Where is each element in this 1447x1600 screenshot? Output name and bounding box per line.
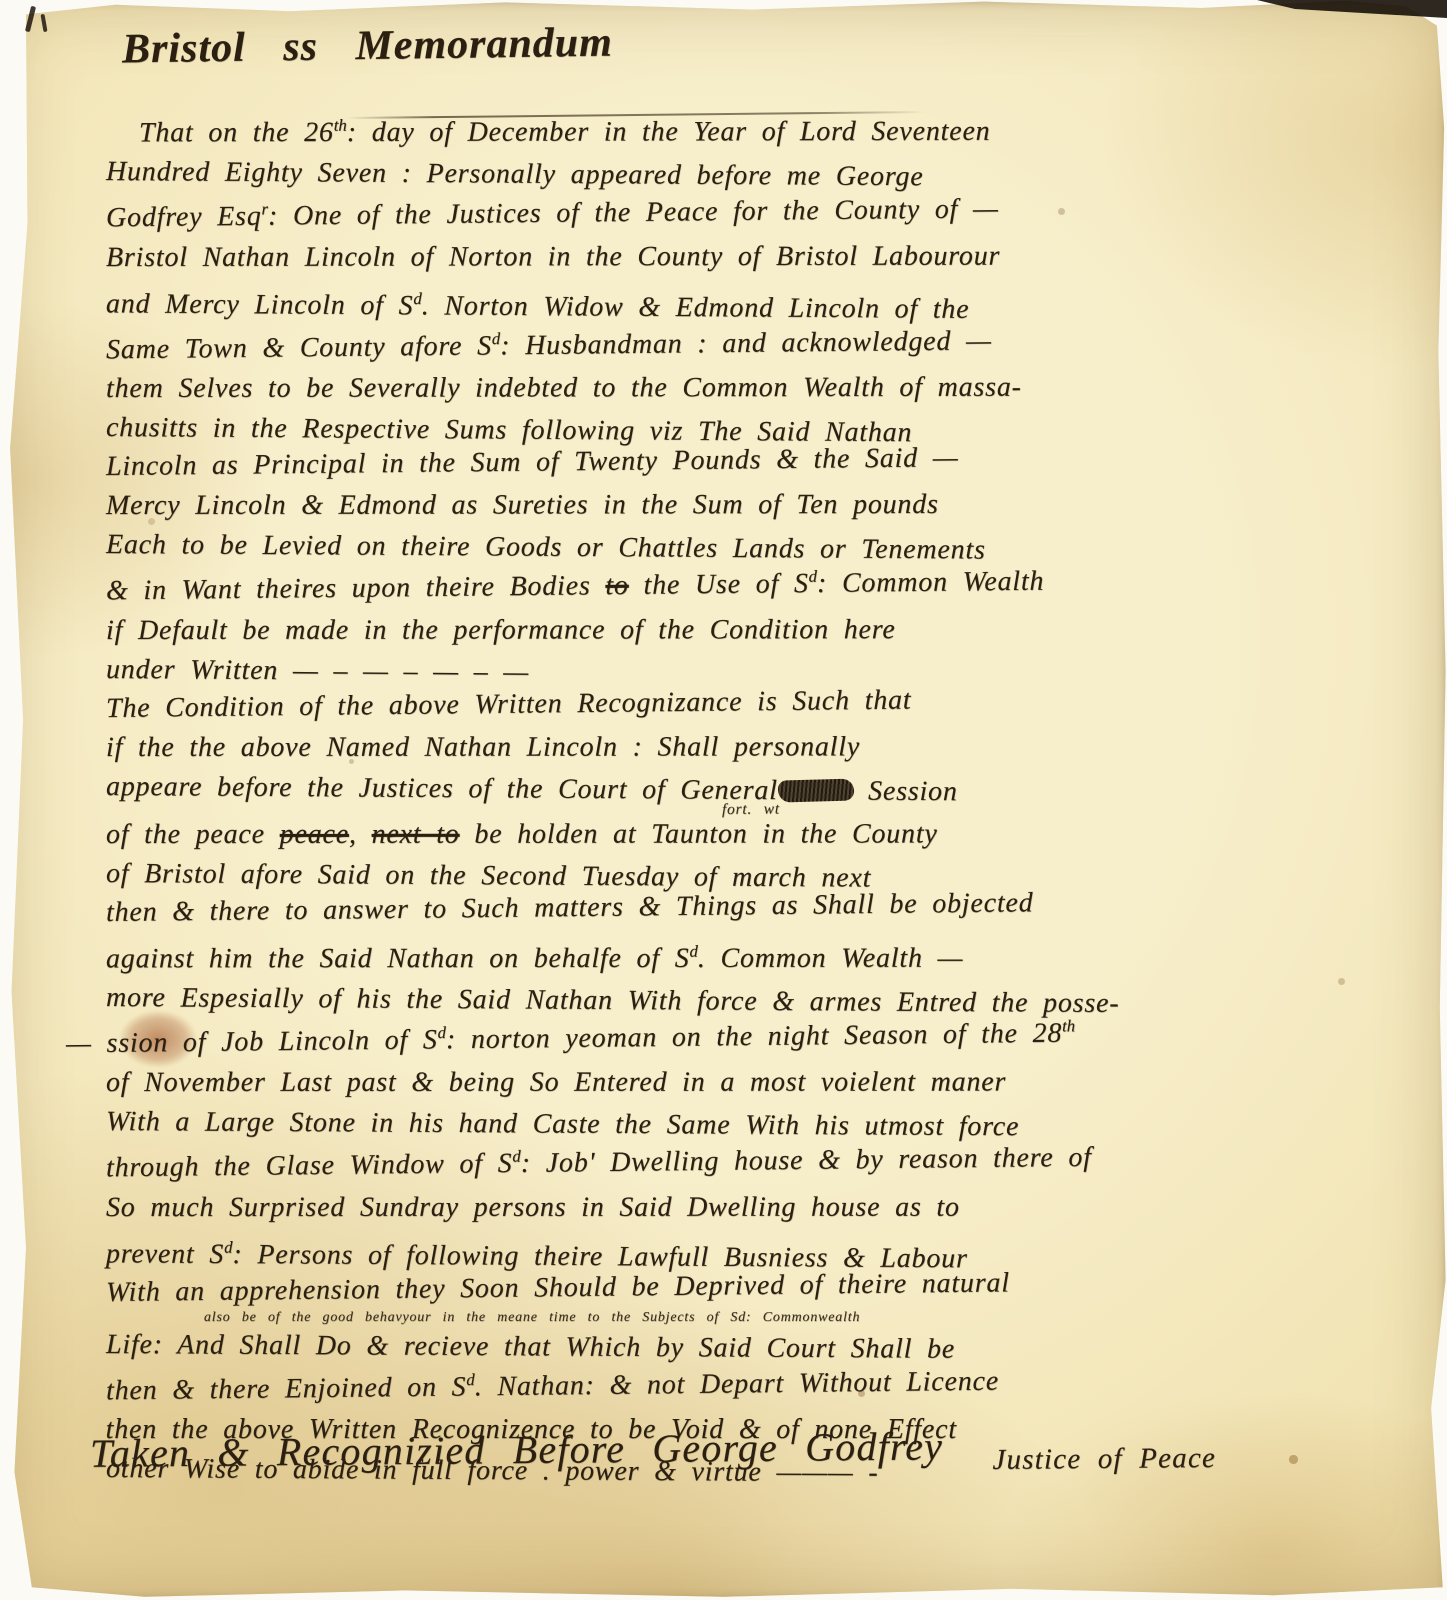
text-segment: if the the above Named Nathan Lincoln : …: [106, 731, 860, 763]
text-segment: : day of December in the Year of Lord Se…: [347, 116, 991, 148]
text-segment: prevent S: [106, 1238, 224, 1270]
attestation-text: Taken & Recognizied Before George Godfre…: [90, 1423, 943, 1475]
text-segment: th: [334, 116, 347, 135]
text-segment: then & there to answer to Such matters &…: [105, 887, 1033, 928]
text-segment: of November Last past & being So Entered…: [106, 1067, 1006, 1098]
text-segment: ,: [349, 818, 372, 849]
text-segment: : norton yeoman on the night Season of t…: [446, 1018, 1062, 1056]
text-segment: . Common Wealth —: [698, 942, 963, 973]
manuscript-line: if the the above Named Nathan Lincoln : …: [106, 727, 1408, 767]
manuscript-line: against him the Said Nathan on behalfe o…: [106, 931, 1408, 978]
text-segment: & in Want theires upon theire Bodies: [106, 570, 606, 606]
text-segment: th: [1062, 1016, 1075, 1035]
text-segment: be holden at Taunton in the County: [459, 818, 937, 849]
text-segment: also be of the good behavyour in the mea…: [204, 1310, 860, 1325]
paper-speckles: [0, 0, 3, 3]
document-title: Bristol ss Memorandum: [121, 19, 612, 74]
text-segment: d: [491, 329, 500, 348]
struck-word: peace: [279, 818, 348, 849]
text-segment: d: [808, 567, 817, 586]
text-segment: : Common Wealth: [817, 566, 1044, 599]
text-segment: : Job' Dwelling house & by reason there …: [520, 1142, 1091, 1179]
text-segment: Godfrey Esq: [106, 201, 262, 234]
text-segment: if Default be made in the performance of…: [106, 614, 896, 646]
text-segment: under Written — – — – — – —: [106, 654, 529, 688]
manuscript-line: So much Surprised Sundray persons in Sai…: [106, 1187, 1408, 1226]
text-segment: Bristol Nathan Lincoln of Norton in the …: [106, 240, 1000, 272]
text-segment: them Selves to be Severally indebted to …: [106, 372, 1022, 404]
manuscript-line: Mercy Lincoln & Edmond as Sureties in th…: [106, 485, 1408, 526]
text-segment: . Nathan: & not Depart Without Licence: [474, 1366, 999, 1403]
text-segment: r: [261, 200, 268, 219]
manuscript-line: Bristol Nathan Lincoln of Norton in the …: [106, 236, 1408, 277]
document-scan: Bristol ss Memorandum That on the 26th: …: [0, 0, 1447, 1600]
text-segment: appeare before the Justices of the Court…: [106, 771, 778, 806]
text-segment: Same Town & County afore S: [106, 330, 492, 365]
manuscript-line: of November Last past & being So Entered…: [106, 1063, 1408, 1103]
manuscript-line: them Selves to be Severally indebted to …: [106, 367, 1408, 408]
manuscript-line: if Default be made in the performance of…: [106, 609, 1408, 649]
text-segment: d: [512, 1147, 521, 1166]
text-segment: then & there Enjoined on S: [105, 1371, 466, 1406]
manuscript-line: That on the 26th: day of December in the…: [139, 104, 1408, 153]
justice-title: Justice of Peace: [992, 1442, 1216, 1476]
text-segment: So much Surprised Sundray persons in Sai…: [106, 1191, 960, 1222]
text-segment: d: [224, 1237, 232, 1256]
text-segment: d: [413, 289, 422, 308]
text-segment: d: [466, 1370, 475, 1389]
text-segment: against him the Said Nathan on behalfe o…: [106, 943, 690, 974]
text-segment: That on the 26: [139, 117, 334, 148]
text-segment: : One of the Justices of the Peace for t…: [268, 194, 999, 232]
text-segment: and Mercy Lincoln of S: [106, 288, 414, 321]
text-segment: d: [689, 941, 697, 960]
text-segment: Mercy Lincoln & Edmond as Sureties in th…: [106, 489, 939, 521]
manuscript-lines: That on the 26th: day of December in the…: [106, 106, 1408, 1488]
text-segment: — ssion of Job Lincoln of S: [66, 1024, 438, 1059]
text-segment: Lincoln as Principal in the Sum of Twent…: [105, 443, 958, 483]
text-segment: : Husbandman : and acknowledged —: [500, 325, 992, 361]
struck-word: next to: [371, 818, 459, 849]
text-segment: through the Glase Window of S: [105, 1148, 512, 1183]
corner-ink-marks: [22, 4, 62, 66]
text-segment: of the peace: [106, 819, 280, 850]
struck-word: to: [605, 570, 629, 601]
manuscript-line: of the peace peace, next to be holden at…: [106, 814, 1408, 854]
text-segment: The Condition of the above Written Recog…: [105, 684, 911, 723]
text-segment: the Use of S: [628, 568, 808, 601]
